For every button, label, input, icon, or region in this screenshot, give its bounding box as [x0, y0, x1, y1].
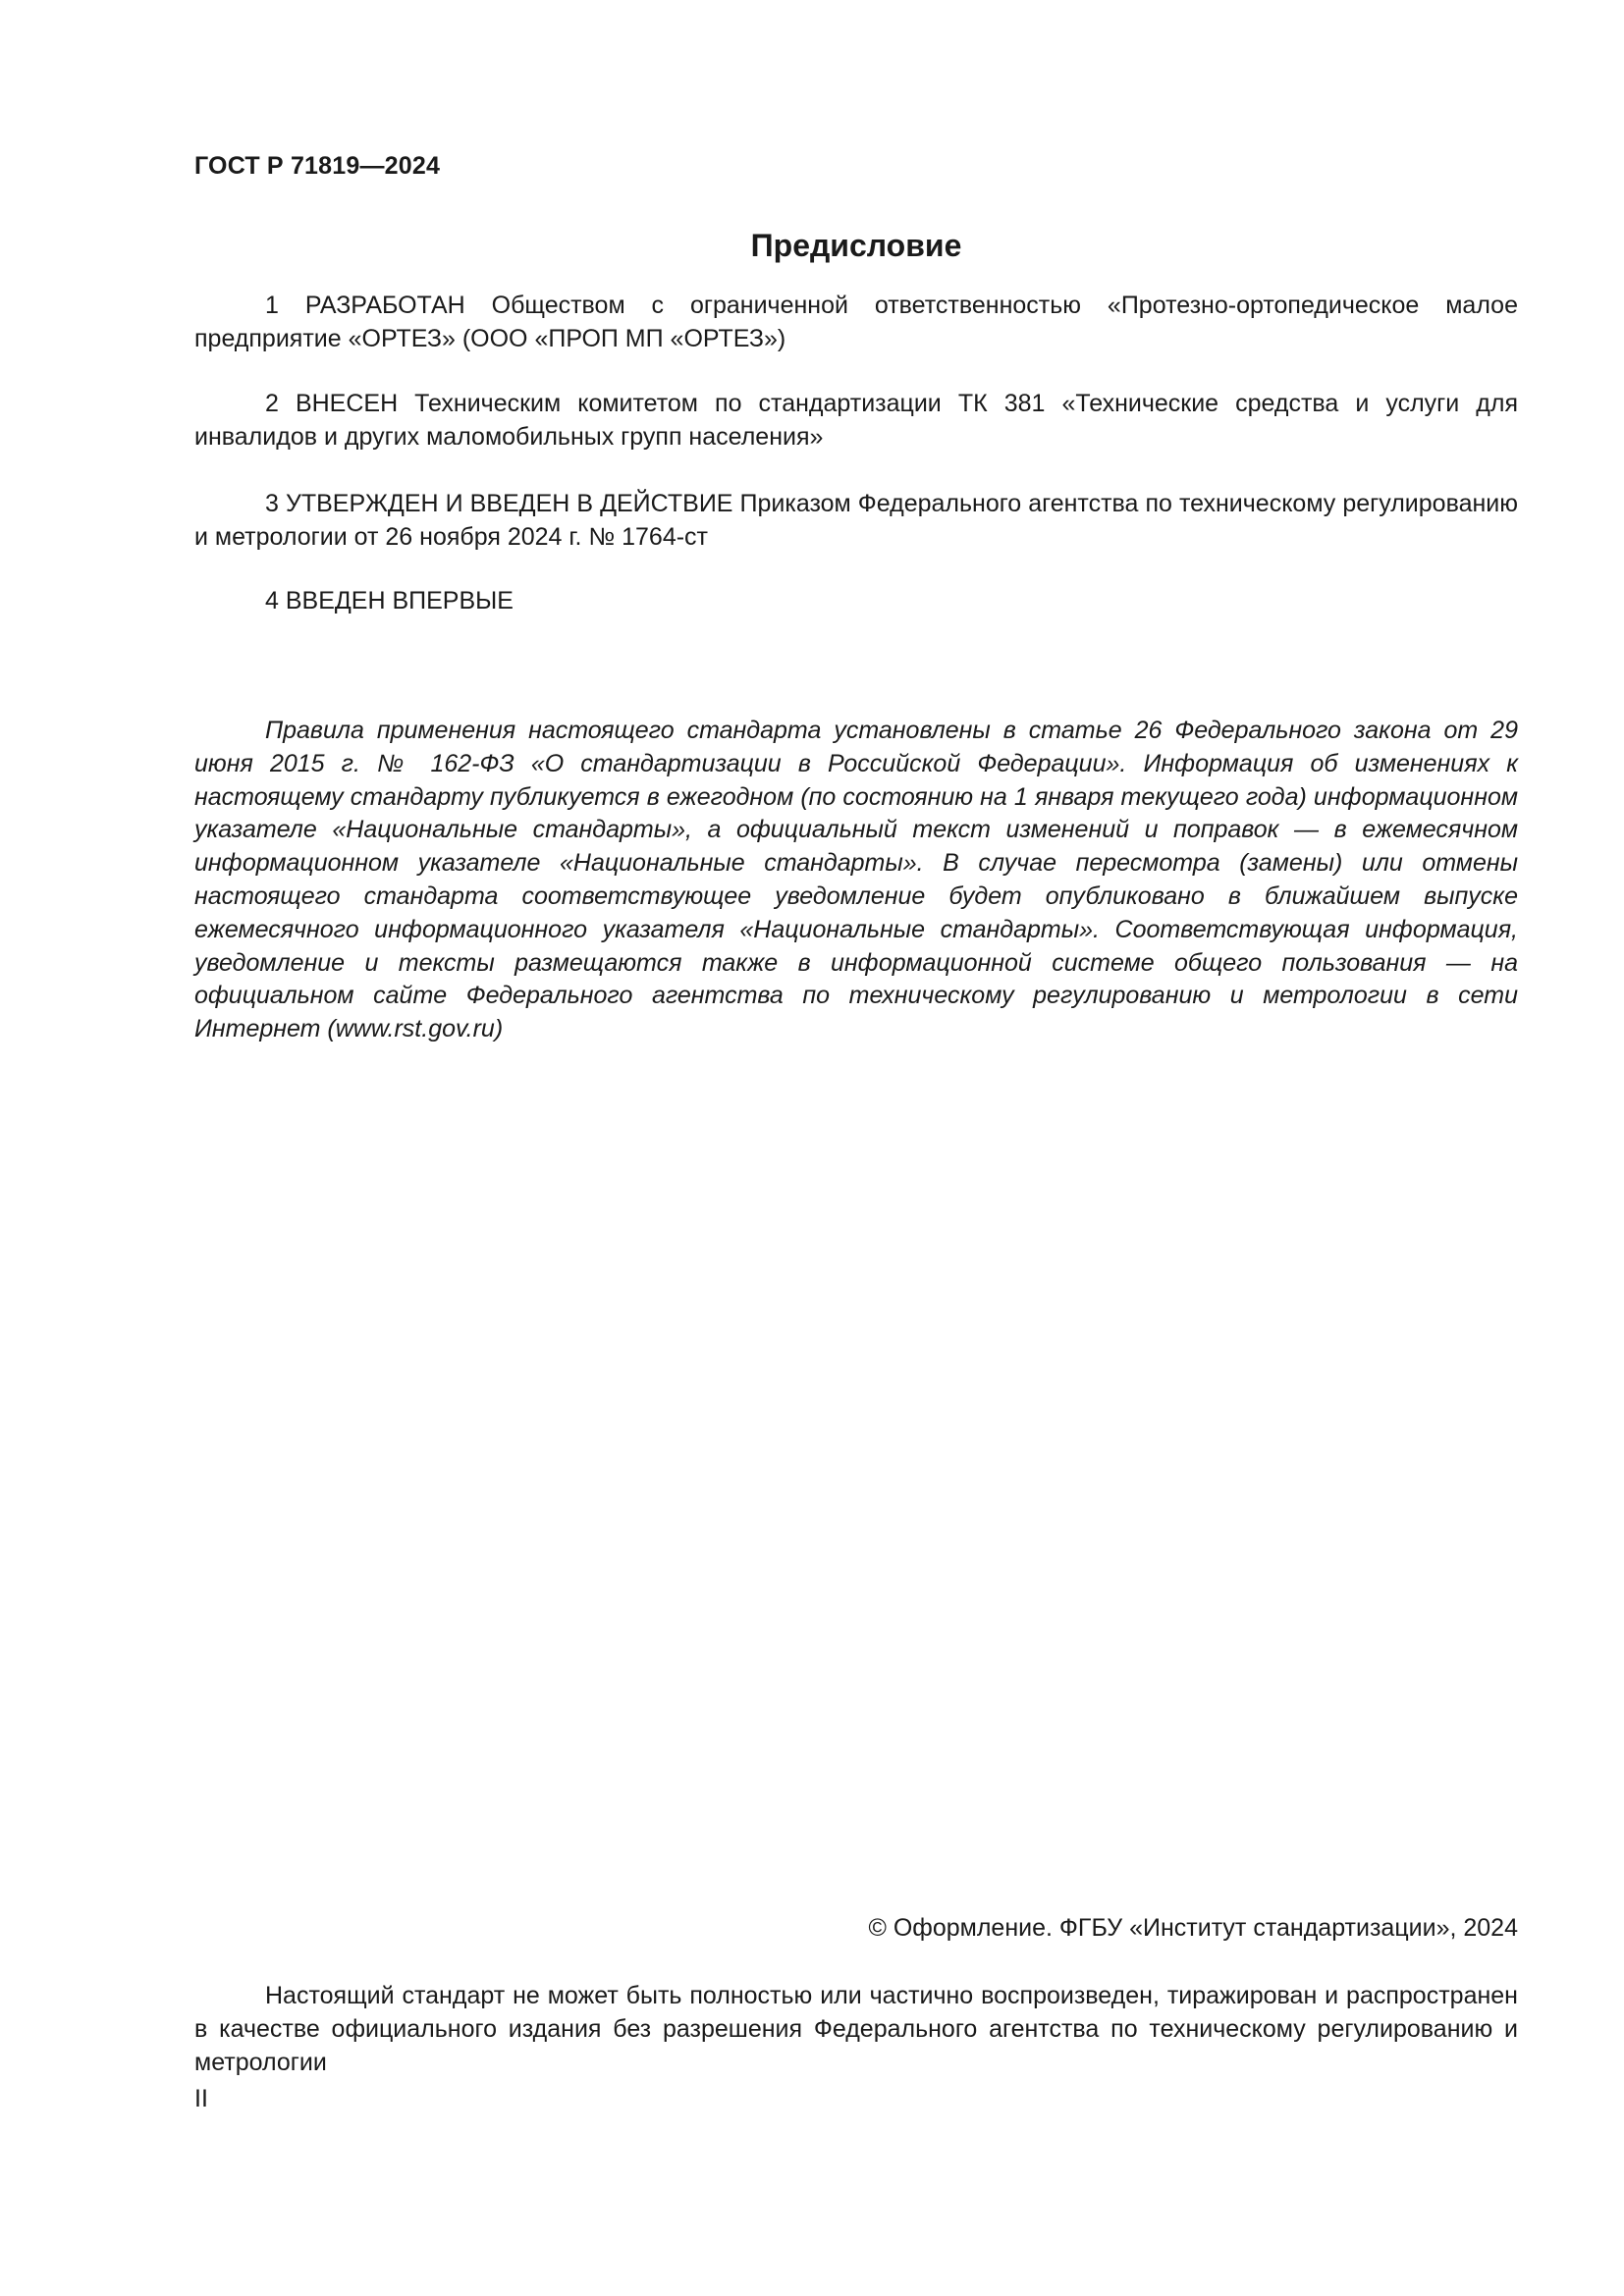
rules-notice-text: Правила применения настоящего стандарта …: [194, 717, 1518, 1042]
foreword-item-text: 2 ВНЕСЕН Техническим комитетом по станда…: [194, 390, 1518, 451]
foreword-item-text: 1 РАЗРАБОТАН Обществом с ограниченной от…: [194, 292, 1518, 352]
foreword-item-1: 1 РАЗРАБОТАН Обществом с ограниченной от…: [194, 289, 1518, 355]
foreword-item-3: 3 УТВЕРЖДЕН И ВВЕДЕН В ДЕЙСТВИЕ Приказом…: [194, 487, 1518, 554]
foreword-item-4: 4 ВВЕДЕН ВПЕРВЫЕ: [194, 584, 1518, 617]
rules-notice: Правила применения настоящего стандарта …: [194, 715, 1518, 1046]
document-code: ГОСТ Р 71819—2024: [194, 152, 440, 181]
foreword-item-text: 4 ВВЕДЕН ВПЕРВЫЕ: [265, 587, 514, 614]
page-title: Предисловие: [0, 228, 1624, 264]
legal-notice-text: Настоящий стандарт не может быть полност…: [194, 1982, 1518, 2076]
foreword-item-text: 3 УТВЕРЖДЕН И ВВЕДЕН В ДЕЙСТВИЕ Приказом…: [194, 490, 1518, 551]
legal-notice: Настоящий стандарт не может быть полност…: [194, 1979, 1518, 2079]
page-number: II: [194, 2085, 208, 2113]
foreword-item-2: 2 ВНЕСЕН Техническим комитетом по станда…: [194, 387, 1518, 454]
copyright-notice: © Оформление. ФГБУ «Институт стандартиза…: [868, 1914, 1518, 1943]
